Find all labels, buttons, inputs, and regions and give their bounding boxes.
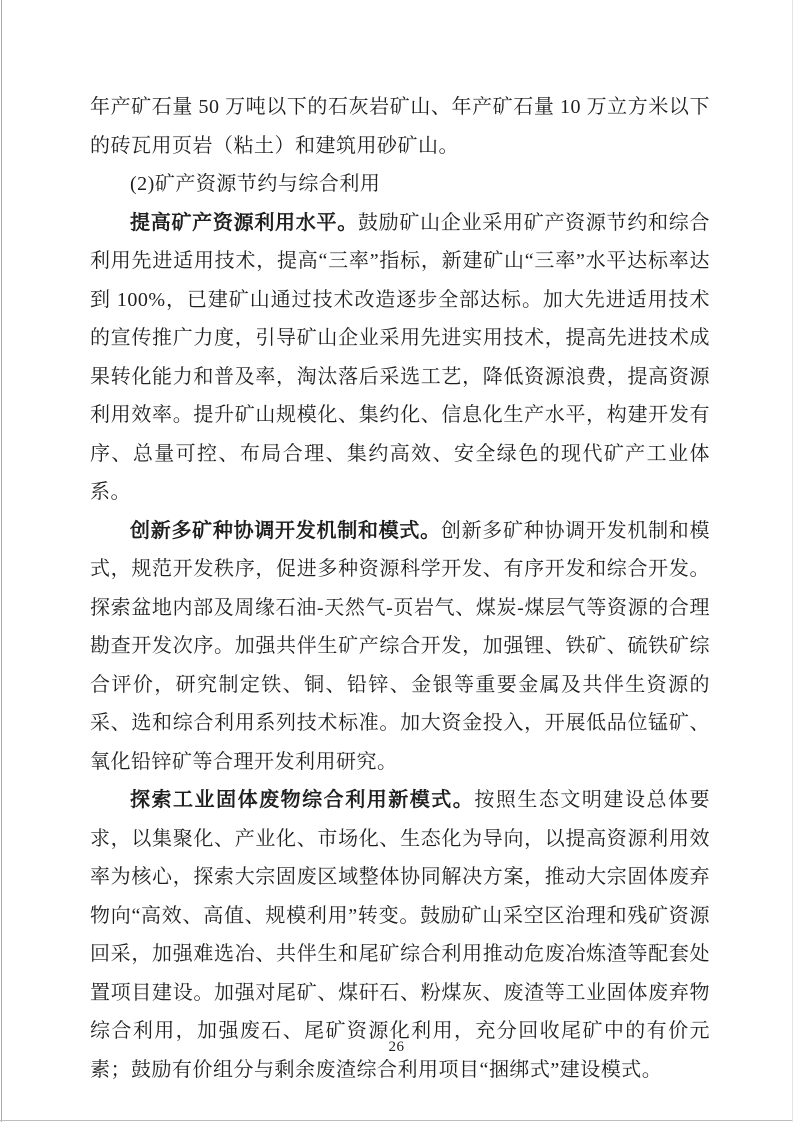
document-body: 年产矿石量 50 万吨以下的石灰岩矿山、年产矿石量 10 万立方米以下的砖瓦用页… — [90, 88, 710, 1089]
paragraph-lead: 创新多矿种协调开发机制和模式。 — [130, 520, 441, 542]
paragraph-lead: 探索工业固体废物综合利用新模式。 — [130, 789, 474, 811]
page-number: 26 — [0, 1037, 793, 1057]
paragraph-lead: 提高矿产资源利用水平。 — [130, 212, 358, 234]
scan-edge-left — [1, 0, 2, 1122]
scan-edge-bottom — [0, 1120, 793, 1121]
section-heading: (2)矿产资源节约与综合利用 — [90, 165, 710, 204]
document-page: { "page": { "number": "26", "background_… — [0, 0, 793, 1122]
paragraph-body: 创新多矿种协调开发机制和模式，规范开发秩序，促进多种资源科学开发、有序开发和综合… — [90, 520, 710, 773]
paragraph-multi-mineral-development: 创新多矿种协调开发机制和模式。创新多矿种协调开发机制和模式，规范开发秩序，促进多… — [90, 512, 710, 782]
paragraph-utilization-level: 提高矿产资源利用水平。鼓励矿山企业采用矿产资源节约和综合利用先进适用技术，提高“… — [90, 204, 710, 512]
paragraph-body: 鼓励矿山企业采用矿产资源节约和综合利用先进适用技术，提高“三率”指标，新建矿山“… — [90, 212, 710, 504]
continued-paragraph: 年产矿石量 50 万吨以下的石灰岩矿山、年产矿石量 10 万立方米以下的砖瓦用页… — [90, 88, 710, 165]
